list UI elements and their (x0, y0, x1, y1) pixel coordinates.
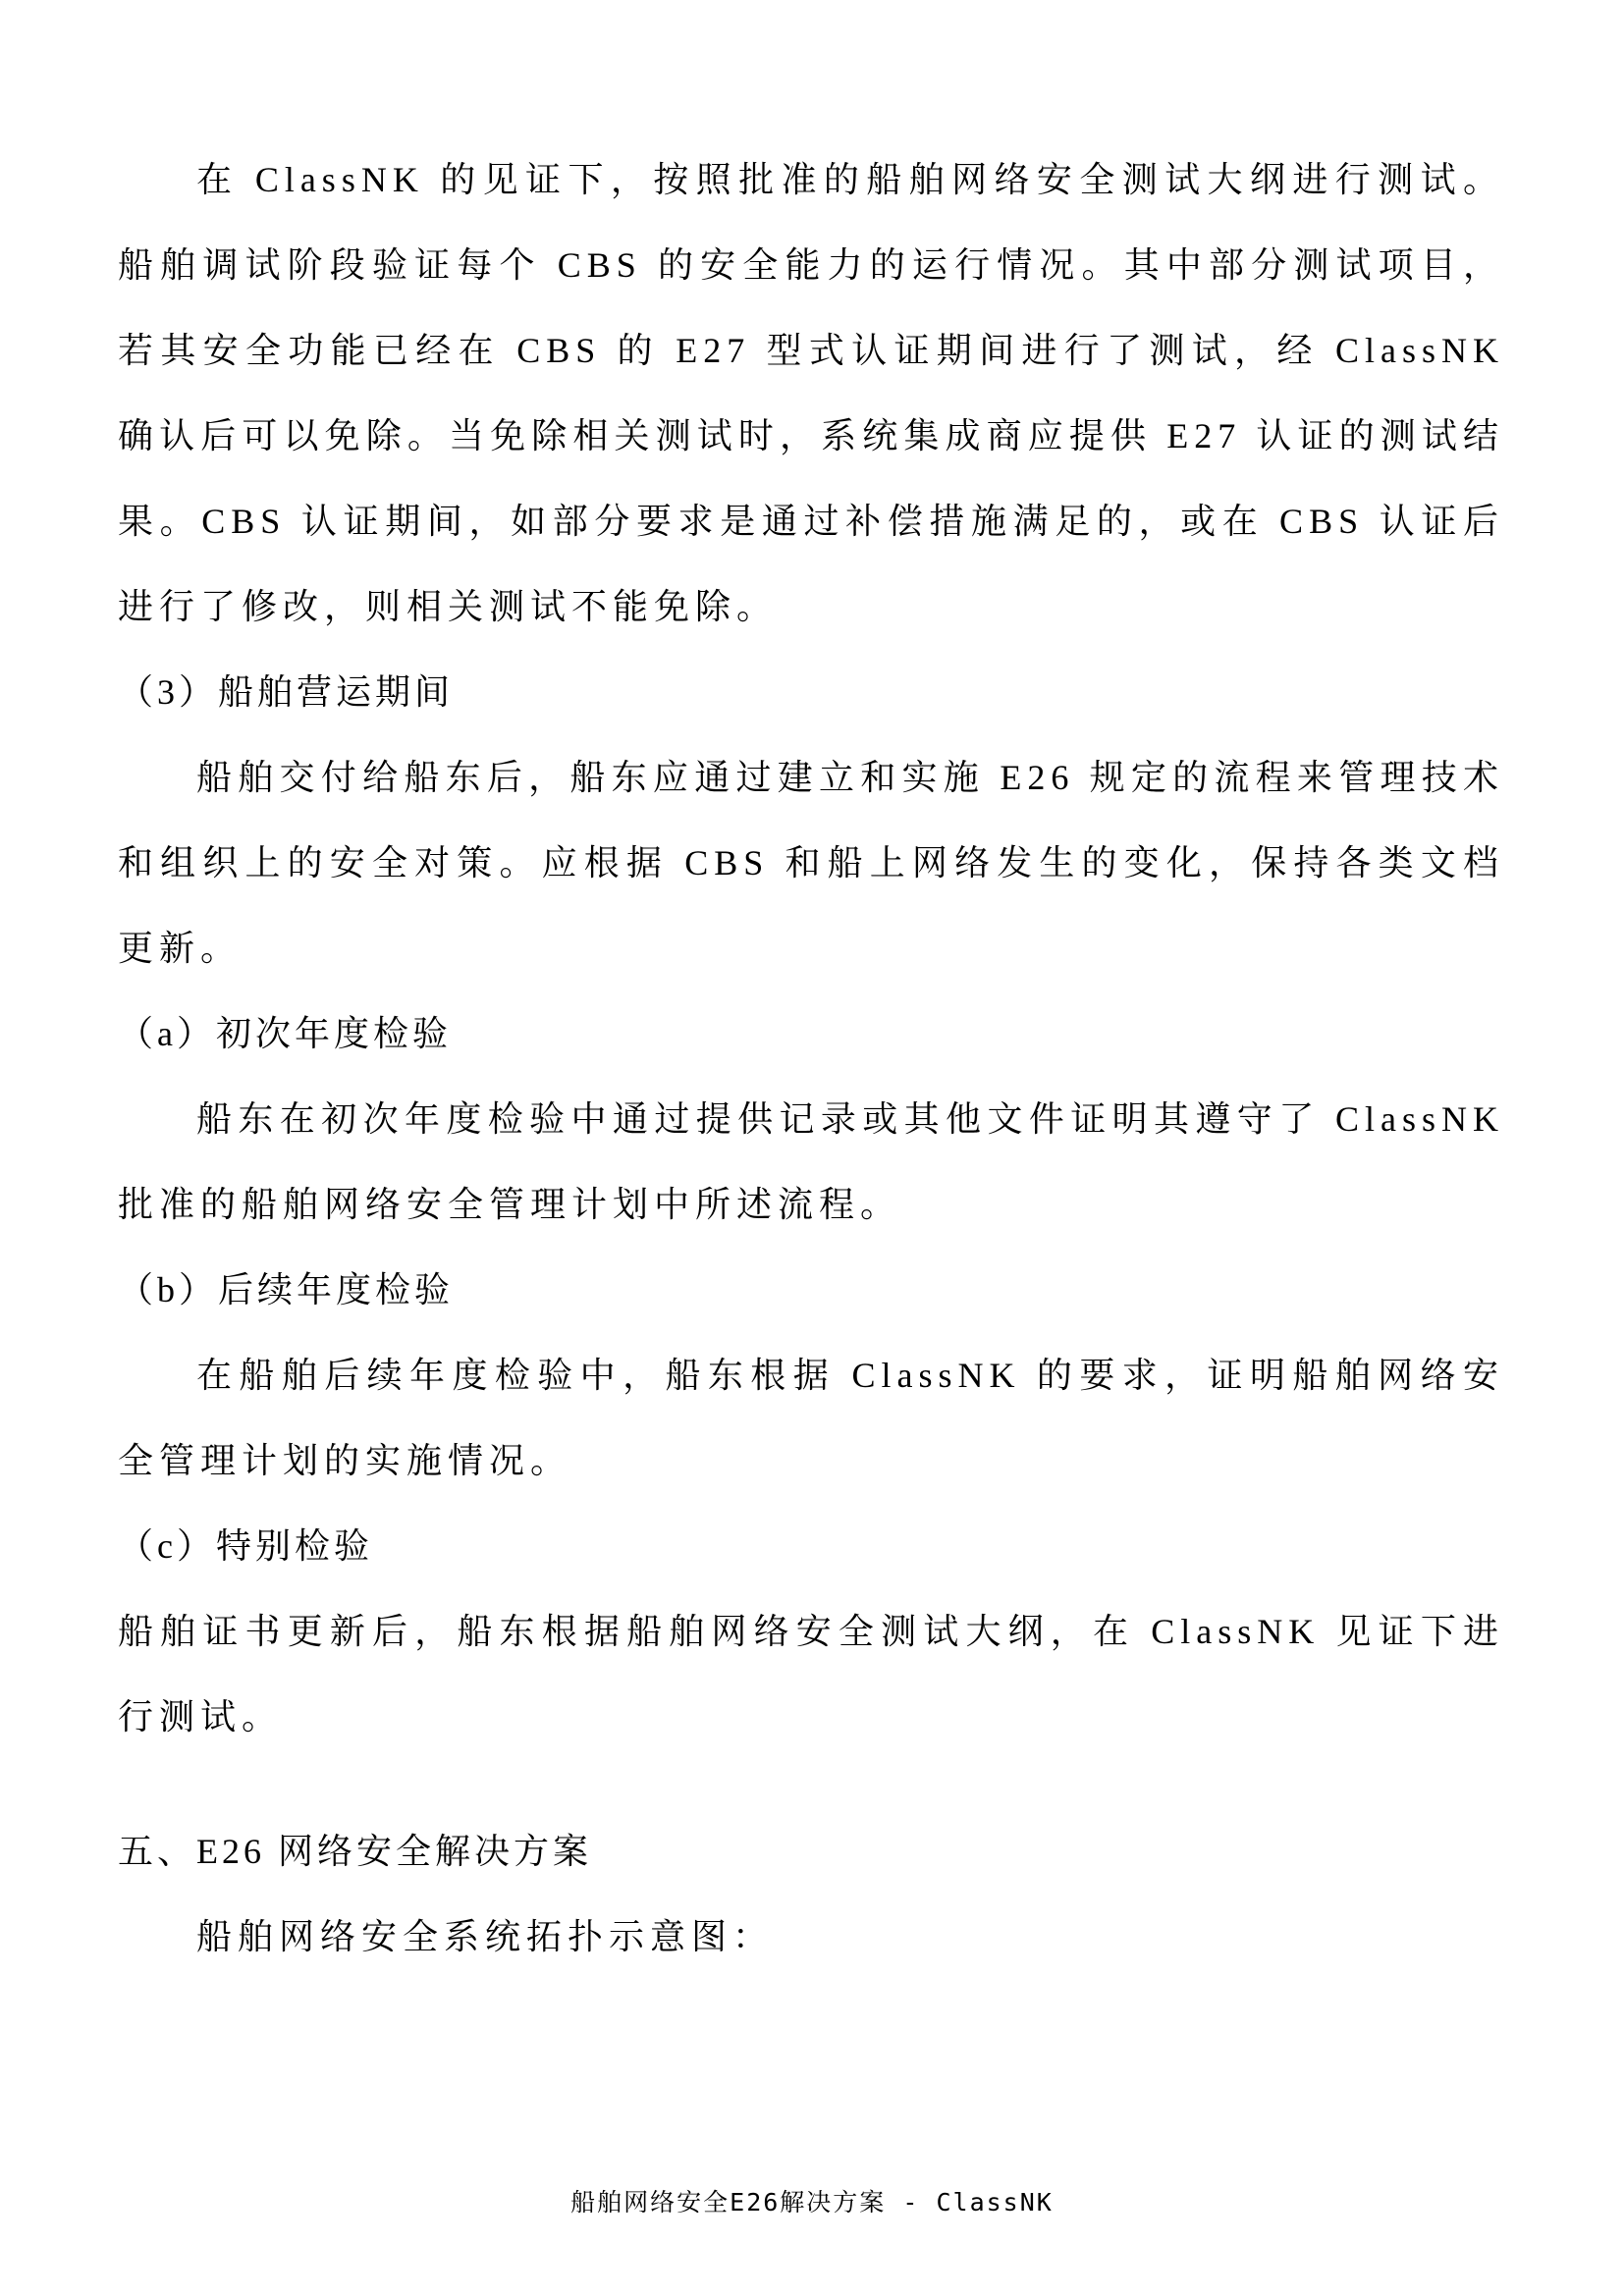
heading-a-initial-annual-survey: （a）初次年度检验 (118, 991, 1504, 1077)
body-paragraph-certificate-renewal: 船舶证书更新后，船东根据船舶网络安全测试大纲，在 ClassNK 见证下进行测试… (118, 1589, 1504, 1760)
body-paragraph-ship-delivery: 船舶交付给船东后，船东应通过建立和实施 E26 规定的流程来管理技术和组织上的安… (118, 735, 1504, 991)
heading-c-special-survey: （c）特别检验 (118, 1504, 1504, 1589)
body-paragraph-subsequent-survey: 在船舶后续年度检验中，船东根据 ClassNK 的要求，证明船舶网络安全管理计划… (118, 1333, 1504, 1504)
heading-5-e26-cybersecurity-solution: 五、E26 网络安全解决方案 (118, 1809, 1504, 1895)
body-paragraph-initial-survey: 船东在初次年度检验中通过提供记录或其他文件证明其遵守了 ClassNK 批准的船… (118, 1077, 1504, 1248)
heading-b-subsequent-annual-survey: （b）后续年度检验 (118, 1248, 1504, 1333)
body-paragraph-topology-intro: 船舶网络安全系统拓扑示意图： (118, 1895, 1504, 1980)
body-paragraph-witness-testing: 在 ClassNK 的见证下，按照批准的船舶网络安全测试大纲进行测试。船舶调试阶… (118, 137, 1504, 650)
document-page: 在 ClassNK 的见证下，按照批准的船舶网络安全测试大纲进行测试。船舶调试阶… (0, 0, 1624, 2296)
page-footer-text: 船舶网络安全E26解决方案 - ClassNK (0, 2185, 1624, 2220)
document-content: 在 ClassNK 的见证下，按照批准的船舶网络安全测试大纲进行测试。船舶调试阶… (118, 137, 1504, 1980)
heading-3-ship-operation-period: （3）船舶营运期间 (118, 650, 1504, 735)
